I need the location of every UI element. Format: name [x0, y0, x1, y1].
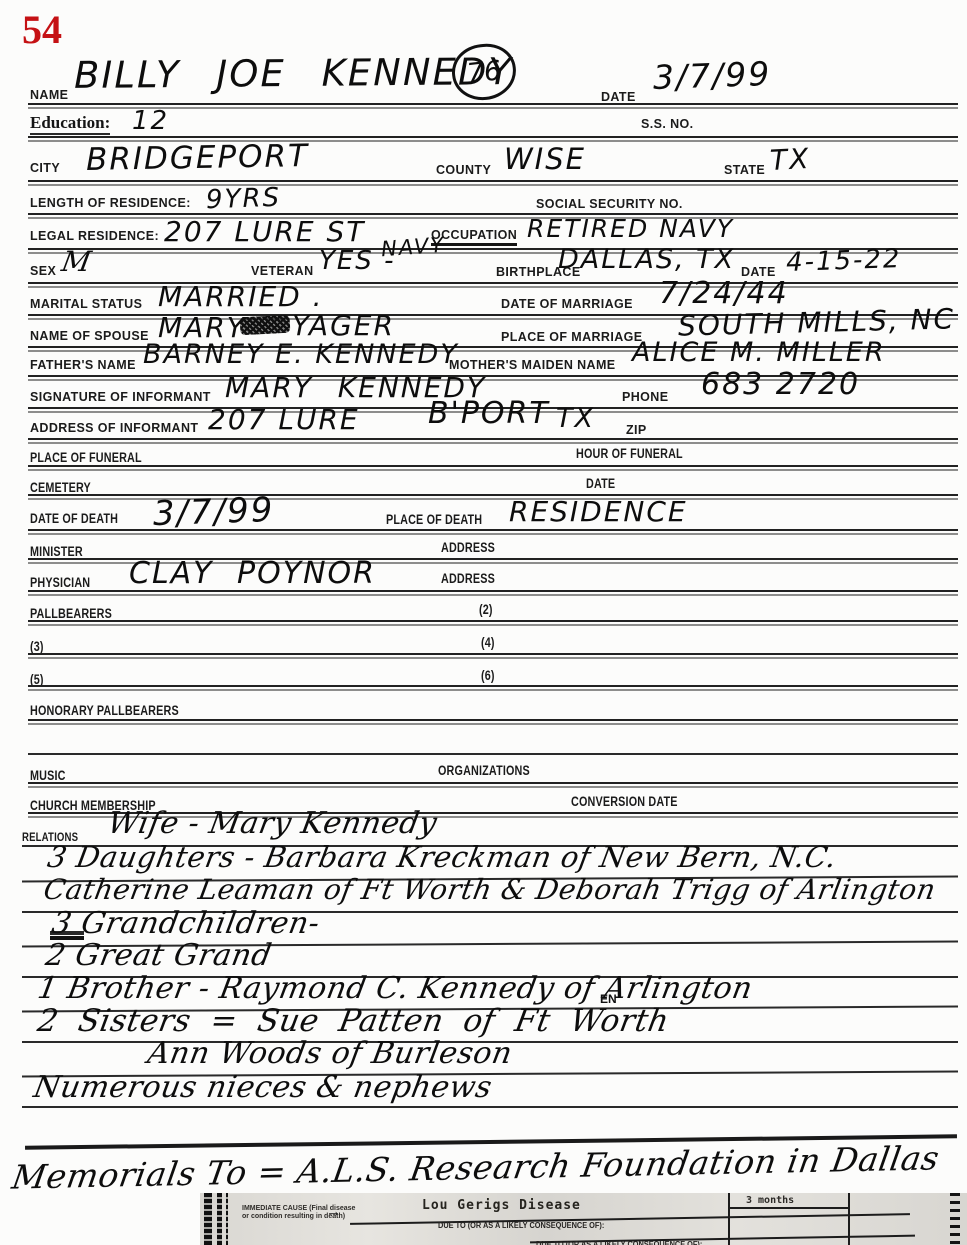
physician-label: PHYSICIAN	[30, 575, 90, 590]
rule-physician	[28, 590, 958, 592]
state-label: STATE	[724, 163, 765, 177]
arrow-icon: →	[326, 1203, 341, 1220]
marriage-place-label: PLACE OF MARRIAGE	[501, 330, 643, 344]
honorary-pallbearers-label: HONORARY PALLBEARERS	[30, 703, 179, 718]
physician-value: CLAY POYNOR	[129, 556, 376, 591]
cemetery-date-label: DATE	[586, 476, 615, 491]
occupation-value: RETIRED NAVY	[527, 214, 734, 243]
phone-label: PHONE	[622, 390, 668, 404]
marital-status-label: MARITAL STATUS	[30, 297, 142, 311]
relations-line: 3 Grandchildren-	[49, 906, 323, 941]
rule-education	[28, 136, 958, 138]
education-value: 12	[132, 106, 169, 136]
relations-line: Numerous nieces & nephews	[31, 1070, 495, 1105]
interval-box-line	[728, 1193, 730, 1245]
informant-address-city: B'PORT	[428, 396, 550, 431]
rule-name	[28, 103, 958, 105]
marriage-date-label: DATE OF MARRIAGE	[501, 297, 633, 311]
rule-pallbearers-3	[28, 685, 958, 687]
informant-address-label: ADDRESS OF INFORMANT	[30, 421, 198, 435]
interval-box-line	[728, 1207, 850, 1209]
rule-honorary	[28, 719, 958, 721]
date-of-death-value: 3/7/99	[152, 490, 275, 534]
pallbearer-6-label: (6)	[481, 668, 495, 683]
rule-pallbearers-2	[28, 653, 958, 655]
record-date-value: 3/7/99	[652, 54, 772, 97]
rule-blank	[28, 753, 958, 755]
veteran-branch-value: NAVY	[380, 233, 446, 261]
city-label: CITY	[30, 161, 60, 175]
veteran-label: VETERAN	[251, 264, 314, 278]
ss-no-label: S.S. NO.	[641, 117, 694, 131]
interval-box-line	[848, 1193, 850, 1245]
hour-of-funeral-label: HOUR OF FUNERAL	[576, 446, 683, 461]
relations-line: Catherine Leaman of Ft Worth & Deborah T…	[41, 873, 938, 906]
place-of-death-label: PLACE OF DEATH	[386, 512, 482, 527]
ssn-label: SOCIAL SECURITY NO.	[536, 197, 683, 211]
county-label: COUNTY	[436, 163, 491, 177]
place-of-funeral-label: PLACE OF FUNERAL	[30, 450, 142, 465]
mother-maiden-value: ALICE M. MILLER	[632, 337, 886, 368]
place-of-death-value: RESIDENCE	[509, 495, 688, 528]
scanned-funeral-record-page: 54 NAME BILLY JOE KENNEDY 76 DATE 3/7/99…	[0, 0, 967, 1245]
cemetery-label: CEMETERY	[30, 480, 91, 495]
mother-maiden-label: MOTHER'S MAIDEN NAME	[449, 358, 616, 372]
marriage-date-value: 7/24/44	[659, 276, 789, 311]
cause-of-death-value: Lou Gerigs Disease	[422, 1198, 581, 1213]
pallbearer-3-label: (3)	[30, 639, 44, 654]
length-residence-value: 9YRS	[205, 183, 281, 216]
father-name-label: FATHER'S NAME	[30, 358, 136, 372]
patten-correction-note: EN	[600, 992, 617, 1006]
music-label: MUSIC	[30, 768, 66, 783]
relations-line: 2 Sisters = Sue Patten of Ft Worth	[35, 1003, 672, 1039]
conversion-date-label: CONVERSION DATE	[571, 794, 678, 809]
rule-pallbearers-1	[28, 620, 958, 622]
name-value: BILLY JOE KENNEDY	[74, 50, 513, 97]
spouse-label: NAME OF SPOUSE	[30, 329, 149, 343]
death-certificate-fragment: IMMEDIATE CAUSE (Final disease or condit…	[200, 1193, 967, 1245]
city-value: BRIDGEPORT	[86, 138, 310, 178]
sex-value: M	[59, 245, 94, 278]
zip-label: ZIP	[626, 423, 647, 437]
legal-residence-value: 207 LURE ST	[164, 215, 365, 248]
phone-value: 683 2720	[701, 367, 860, 402]
informant-signature-label: SIGNATURE OF INFORMANT	[30, 390, 211, 404]
interval-value: 3 months	[746, 1195, 794, 1206]
relations-line: Ann Woods of Burleson	[145, 1036, 515, 1071]
state-value: TX	[769, 142, 811, 177]
sex-label: SEX	[30, 264, 56, 278]
due-to-label-2: DUE TO (OR AS A LIKELY CONSEQUENCE OF):	[536, 1240, 702, 1245]
organizations-label: ORGANIZATIONS	[438, 763, 530, 778]
pallbearer-2-label: (2)	[479, 602, 493, 617]
minister-address-label: ADDRESS	[441, 540, 495, 555]
record-date-label: DATE	[601, 90, 636, 104]
minister-label: MINISTER	[30, 544, 83, 559]
fragment-edge-bar	[226, 1193, 228, 1245]
fragment-rule-1	[350, 1213, 910, 1225]
date-of-death-label: DATE OF DEATH	[30, 511, 118, 526]
rule-relations-8	[22, 1106, 958, 1108]
physician-address-label: ADDRESS	[441, 571, 495, 586]
relations-line: 1 Brother - Raymond C. Kennedy of Arling…	[35, 971, 755, 1006]
education-label: Education:	[30, 113, 110, 135]
father-name-value: BARNEY E. KENNEDY	[143, 339, 459, 370]
pallbearers-label: PALLBEARERS	[30, 606, 112, 621]
length-residence-label: LENGTH OF RESIDENCE:	[30, 196, 191, 210]
due-to-label-1: DUE TO (OR AS A LIKELY CONSEQUENCE OF):	[438, 1221, 604, 1230]
page-number: 54	[22, 6, 62, 53]
rule-music	[28, 782, 958, 784]
county-value: WISE	[504, 142, 586, 176]
fragment-edge-speckle	[950, 1193, 960, 1245]
informant-address-street: 207 LURE	[208, 403, 360, 436]
fragment-edge-bar	[204, 1193, 212, 1245]
fragment-edge-bar	[217, 1193, 222, 1245]
legal-residence-label: LEGAL RESIDENCE:	[30, 229, 159, 243]
pallbearer-4-label: (4)	[481, 635, 495, 650]
rule-funeral	[28, 465, 958, 467]
relations-line: Wife - Mary Kennedy	[105, 806, 440, 841]
birthplace-value: DALLAS, TX	[558, 244, 735, 275]
informant-address-state: TX	[556, 403, 595, 434]
rule-address	[28, 438, 958, 440]
relations-line: 3 Daughters - Barbara Kreckman of New Be…	[45, 840, 839, 874]
crossed-out-scribble	[240, 315, 291, 336]
name-label: NAME	[30, 88, 68, 102]
relations-line: 2 Great Grand	[43, 938, 275, 973]
spouse-last-value: YAGER	[292, 309, 395, 342]
rule-city	[28, 180, 958, 182]
birth-date-value: 4-15-22	[786, 244, 902, 278]
